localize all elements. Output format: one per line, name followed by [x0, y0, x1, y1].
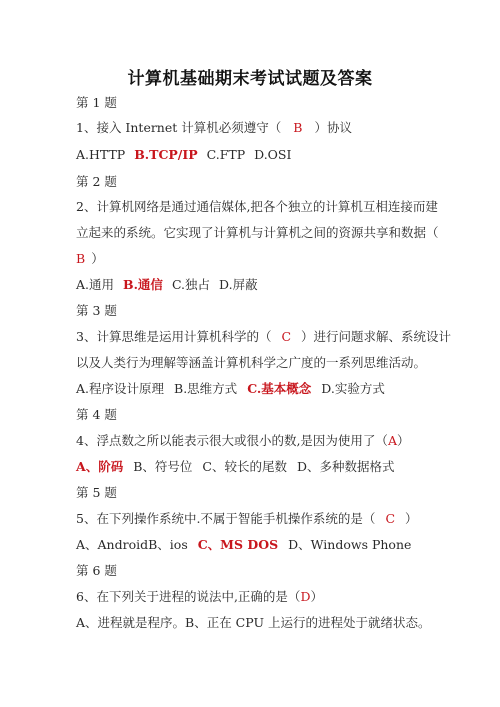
question-stem: 6、在下列关于进程的说法中,正确的是（D） [76, 589, 323, 605]
option: C.独占 [172, 277, 210, 292]
question-options: A、进程就是程序。B、正在 CPU 上运行的进程处于就绪状态。 [76, 615, 430, 631]
question-header: 第 5 题 [76, 485, 117, 501]
question-stem: 5、在下列操作系统中.不属于智能手机操作系统的是（C） [76, 511, 418, 527]
answer-letter: C [281, 329, 291, 344]
question-header: 第 2 题 [76, 174, 117, 190]
option-correct: C、MS DOS [198, 537, 278, 552]
answer-letter: B [76, 251, 85, 266]
question-options: A、阶码B、符号位C、较长的尾数D、多种数据格式 [76, 459, 395, 475]
question-options: A.HTTPB.TCP/IPC.FTPD.OSI [76, 147, 291, 163]
option-correct: A、阶码 [76, 459, 123, 474]
option: C、较长的尾数 [202, 459, 287, 474]
answer-letter: B [293, 120, 302, 135]
answer-letter: C [385, 511, 395, 526]
option: D.实验方式 [321, 381, 385, 396]
question-stem: 立起来的系统。它实现了计算机与计算机之间的资源共享和数据（ [76, 225, 439, 241]
question-stem: B） [76, 251, 104, 267]
option: A.通用 [76, 277, 114, 292]
option: D、多种数据格式 [297, 459, 395, 474]
question-options: A、AndroidB、iosC、MS DOSD、Windows Phone [76, 537, 411, 553]
question-stem: 1、接入 Internet 计算机必须遵守（B）协议 [76, 120, 352, 136]
question-stem: 4、浮点数之所以能表示很大或很小的数,是因为使用了（A） [76, 433, 409, 449]
option: A.程序设计原理 [76, 381, 164, 396]
option: B、符号位 [133, 459, 192, 474]
option-correct: C.基本概念 [247, 381, 311, 396]
question-options: A.通用B.通信C.独占D.屏蔽 [76, 277, 258, 293]
question-stem: 3、计算思维是运用计算机科学的（C）进行问题求解、系统设计 [76, 329, 451, 345]
question-stem: 2、计算机网络是通过通信媒体,把各个独立的计算机互相连接而建 [76, 199, 438, 215]
option: D.屏蔽 [219, 277, 258, 292]
question-options: A.程序设计原理B.思维方式C.基本概念D.实验方式 [76, 381, 385, 397]
option-correct: B.通信 [123, 277, 163, 292]
question-header: 第 4 题 [76, 407, 117, 423]
option: D.OSI [254, 147, 291, 162]
question-header: 第 1 题 [76, 95, 117, 111]
question-header: 第 3 题 [76, 303, 117, 319]
document-page: 计算机基础期末考试试题及答案 第 1 题 1、接入 Internet 计算机必须… [0, 0, 500, 707]
answer-letter: D [300, 589, 310, 604]
question-stem: 以及人类行为理解等涵盖计算机科学之广度的一系列思维活动。 [76, 355, 426, 371]
option: A.HTTP [76, 147, 125, 162]
question-header: 第 6 题 [76, 563, 117, 579]
option: B.思维方式 [174, 381, 237, 396]
answer-letter: A [388, 433, 397, 448]
document-title: 计算机基础期末考试试题及答案 [0, 64, 500, 89]
option-correct: B.TCP/IP [134, 147, 197, 162]
option: A、AndroidB、ios [76, 537, 188, 552]
option: D、Windows Phone [288, 537, 411, 552]
option: C.FTP [207, 147, 246, 162]
